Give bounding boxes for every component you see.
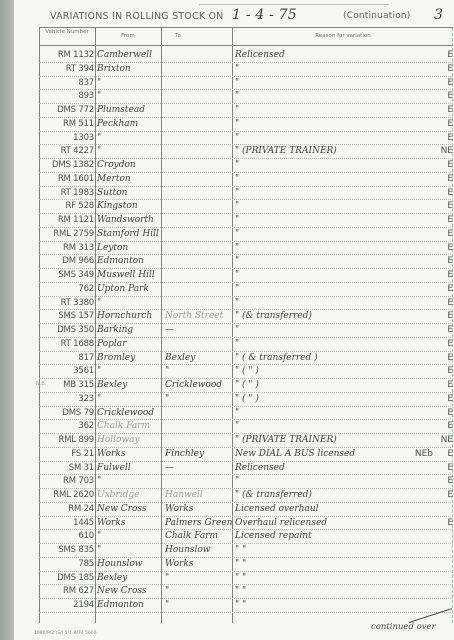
from-garage: Muswell Hill: [97, 268, 161, 282]
reason-for-variation: ": [235, 254, 435, 268]
table-row: 1445WorksPalmers GreenOverhaul relicense…: [39, 516, 453, 531]
vehicle-number: RML 2620: [39, 488, 94, 502]
reason-for-variation: Licensed repaint: [235, 529, 435, 543]
reason-for-variation: " ( & transferred ): [235, 351, 435, 365]
table-row: DM 966Edmonton"E: [39, 254, 453, 269]
status-code: [437, 543, 453, 557]
to-garage: [165, 337, 231, 351]
status-code: E: [437, 474, 453, 488]
reason-for-variation: ": [235, 131, 435, 145]
to-garage: [165, 268, 231, 282]
status-code: [437, 502, 453, 516]
table-row: SMS 157HornchurchNorth Street" (& transf…: [39, 309, 453, 324]
to-garage: [165, 419, 231, 433]
from-garage: Holloway: [97, 433, 161, 447]
reason-for-variation: " ( " ): [235, 392, 435, 406]
reason-for-variation: Licensed overhaul: [235, 502, 435, 516]
vehicle-number: SM 31: [39, 461, 94, 475]
from-garage: Plumstead: [97, 103, 161, 117]
table-row: SMS 835"Hounslow" ": [39, 543, 453, 558]
vehicle-number: SMS 157: [39, 309, 94, 323]
table-row: RT 4227"" (PRIVATE TRAINER)NE: [39, 144, 453, 159]
table-row: 323""" ( " )E: [39, 392, 453, 407]
table-row: MB 315BexleyCricklewood" ( " )E: [39, 378, 453, 393]
vehicle-number: RML 2759: [39, 227, 94, 241]
status-code: E: [437, 296, 453, 310]
reason-for-variation: Overhaul relicensed: [235, 516, 435, 530]
to-garage: [165, 89, 231, 103]
vehicle-number: SMS 349: [39, 268, 94, 282]
from-garage: ": [97, 131, 161, 145]
vehicle-number: DMS 185: [39, 571, 94, 585]
reason-for-variation: ": [235, 241, 435, 255]
from-garage: Works: [97, 516, 161, 530]
to-garage: —: [165, 461, 231, 475]
from-garage: ": [97, 529, 161, 543]
vehicle-number: 785: [39, 557, 94, 571]
vehicle-number: DMS 772: [39, 103, 94, 117]
heading-title: VARIATIONS IN ROLLING STOCK ON: [50, 11, 223, 22]
status-code: E: [437, 48, 453, 62]
table-row: DMS 185Bexley"" ": [39, 571, 453, 586]
vehicle-number: RM 313: [39, 241, 94, 255]
reason-for-variation: " (PRIVATE TRAINER): [235, 433, 435, 447]
reason-for-variation: " (PRIVATE TRAINER): [235, 144, 435, 158]
status-code: E: [437, 516, 453, 530]
table-row: 362Chalk Farm"E: [39, 419, 453, 434]
reason-for-variation: ": [235, 419, 435, 433]
to-garage: ": [165, 392, 231, 406]
document-sheet: VARIATIONS IN ROLLING STOCK ON 1 - 4 - 7…: [14, 0, 454, 640]
to-garage: Bexley: [165, 351, 231, 365]
table-row: RF 528Kingston"E: [39, 199, 453, 214]
vehicle-number: RF 528: [39, 199, 94, 213]
to-garage: [165, 296, 231, 310]
status-code: E: [437, 227, 453, 241]
vehicle-number: MB 315: [39, 378, 94, 392]
status-code-secondary: NEb: [411, 447, 433, 461]
from-garage: ": [97, 543, 161, 557]
status-code: E: [437, 186, 453, 200]
from-garage: Edmonton: [97, 598, 161, 612]
heading-continuation: (Continuation): [343, 11, 411, 21]
reason-for-variation: " ": [235, 557, 435, 571]
from-garage: Leyton: [97, 241, 161, 255]
status-code: NE: [437, 144, 453, 158]
table-row: RT 1983Sutton"E: [39, 186, 453, 201]
from-garage: Edmonton: [97, 254, 161, 268]
reason-for-variation: Relicensed: [235, 461, 435, 475]
vehicle-number: DMS 79: [39, 406, 94, 420]
to-garage: [165, 282, 231, 296]
status-code: NE: [437, 433, 453, 447]
status-code: E: [437, 392, 453, 406]
status-code: E: [437, 76, 453, 90]
reason-for-variation: ": [235, 158, 435, 172]
to-garage: [165, 474, 231, 488]
to-garage: Cricklewood: [165, 378, 231, 392]
from-garage: Brixton: [97, 62, 161, 76]
from-garage: Merton: [97, 172, 161, 186]
vehicle-number: RML 899: [39, 433, 94, 447]
table-header: Vehicle Number From To Reason for variat…: [39, 28, 453, 46]
table-row: RT 1688Poplar"E: [39, 337, 453, 352]
status-code: E: [437, 447, 453, 461]
vehicle-number: FS 21: [39, 447, 94, 461]
from-garage: ": [97, 392, 161, 406]
reason-for-variation: ": [235, 62, 435, 76]
reason-for-variation: " ": [235, 598, 435, 612]
status-code: E: [437, 103, 453, 117]
to-garage: Chalk Farm: [165, 529, 231, 543]
table-row: RML 2759Stamford Hill"E: [39, 227, 453, 242]
table-row: RT 3380""E: [39, 296, 453, 311]
vehicle-number: RM 627: [39, 584, 94, 598]
status-code: E: [437, 199, 453, 213]
vehicle-number: 2194: [39, 598, 94, 612]
table-row: FS 21WorksFinchleyNew DIAL A BUS license…: [39, 447, 453, 462]
reason-for-variation: ": [235, 199, 435, 213]
to-garage: [165, 103, 231, 117]
from-garage: Cricklewood: [97, 406, 161, 420]
status-code: E: [437, 419, 453, 433]
status-code: [437, 571, 453, 585]
reason-for-variation: ": [235, 474, 435, 488]
vehicle-number: DM 966: [39, 254, 94, 268]
table-row: RM 313Leyton"E: [39, 241, 453, 256]
vehicle-number: 1303: [39, 131, 94, 145]
status-code: E: [437, 309, 453, 323]
status-code: E: [437, 378, 453, 392]
from-garage: Hornchurch: [97, 309, 161, 323]
from-garage: New Cross: [97, 502, 161, 516]
vehicle-number: 817: [39, 351, 94, 365]
from-garage: Sutton: [97, 186, 161, 200]
vehicle-number: RT 4227: [39, 144, 94, 158]
reason-for-variation: ": [235, 186, 435, 200]
table-row: RM 511Peckham"E: [39, 117, 453, 132]
status-code: E: [437, 268, 453, 282]
table-row: RM 1132CamberwellRelicensedE: [39, 48, 453, 63]
from-garage: ": [97, 296, 161, 310]
to-garage: Works: [165, 502, 231, 516]
vehicle-number: RT 394: [39, 62, 94, 76]
table-row: DMS 350Barking—"E: [39, 323, 453, 338]
heading-date: 1 - 4 - 75: [232, 7, 297, 23]
to-garage: ": [165, 584, 231, 598]
from-garage: Barking: [97, 323, 161, 337]
vehicle-number: 1445: [39, 516, 94, 530]
vehicle-number: 893: [39, 89, 94, 103]
header-vehicle: Vehicle Number: [41, 29, 93, 35]
from-garage: Bromley: [97, 351, 161, 365]
from-garage: Bexley: [97, 571, 161, 585]
to-garage: —: [165, 323, 231, 337]
table-row: SMS 349Muswell Hill"E: [39, 268, 453, 283]
to-garage: [165, 117, 231, 131]
vehicle-number: RM 1121: [39, 213, 94, 227]
to-garage: Works: [165, 557, 231, 571]
reason-for-variation: ": [235, 172, 435, 186]
from-garage: Wandsworth: [97, 213, 161, 227]
from-garage: Hounslow: [97, 557, 161, 571]
to-garage: [165, 213, 231, 227]
status-code: E: [437, 461, 453, 475]
to-garage: [165, 62, 231, 76]
from-garage: Kingston: [97, 199, 161, 213]
from-garage: Chalk Farm: [97, 419, 161, 433]
reason-for-variation: " (& transferred): [235, 309, 435, 323]
table-row: RML 899Holloway" (PRIVATE TRAINER)NE: [39, 433, 453, 448]
reason-for-variation: ": [235, 337, 435, 351]
reason-for-variation: ": [235, 76, 435, 90]
to-garage: [165, 199, 231, 213]
status-code: E: [437, 337, 453, 351]
reason-for-variation: " ( " ): [235, 364, 435, 378]
to-garage: ": [165, 571, 231, 585]
vehicle-number: RT 1688: [39, 337, 94, 351]
to-garage: Finchley: [165, 447, 231, 461]
status-code: E: [437, 406, 453, 420]
header-from: From: [97, 33, 159, 39]
reason-for-variation: " ": [235, 571, 435, 585]
reason-for-variation: " ( " ): [235, 378, 435, 392]
from-garage: ": [97, 364, 161, 378]
from-garage: Bexley: [97, 378, 161, 392]
to-garage: [165, 406, 231, 420]
margin-note: N.B.: [36, 381, 46, 387]
reason-for-variation: " (& transferred): [235, 488, 435, 502]
status-code: E: [437, 131, 453, 145]
reason-for-variation: " ": [235, 584, 435, 598]
status-code: E: [437, 89, 453, 103]
vehicle-number: RM 24: [39, 502, 94, 516]
vehicle-number: 3561: [39, 364, 94, 378]
reason-for-variation: ": [235, 406, 435, 420]
to-garage: [165, 144, 231, 158]
table-row: DMS 772Plumstead"E: [39, 103, 453, 118]
from-garage: Fulwell: [97, 461, 161, 475]
vehicle-number: 610: [39, 529, 94, 543]
vehicle-number: 762: [39, 282, 94, 296]
vehicle-number: RM 1601: [39, 172, 94, 186]
status-code: [437, 529, 453, 543]
document-heading: VARIATIONS IN ROLLING STOCK ON 1 - 4 - 7…: [14, 9, 454, 25]
reason-for-variation: ": [235, 103, 435, 117]
table-row: RML 2620UxbridgeHanwell" (& transferred)…: [39, 488, 453, 503]
status-code: E: [437, 213, 453, 227]
print-code: 1086/P/2 (S/) 5/1 8/74 5000: [34, 631, 96, 636]
from-garage: Uxbridge: [97, 488, 161, 502]
status-code: E: [437, 241, 453, 255]
from-garage: Works: [97, 447, 161, 461]
reason-for-variation: Relicensed: [235, 48, 435, 62]
header-to: To: [163, 33, 193, 39]
to-garage: Palmers Green: [165, 516, 231, 530]
status-code: E: [437, 158, 453, 172]
vehicle-number: DMS 1382: [39, 158, 94, 172]
reason-for-variation: ": [235, 227, 435, 241]
table-row: RM 1601Merton"E: [39, 172, 453, 187]
to-garage: [165, 48, 231, 62]
to-garage: ": [165, 598, 231, 612]
status-code: E: [437, 282, 453, 296]
status-code: E: [437, 364, 453, 378]
table-row: 3561""" ( " )E: [39, 364, 453, 379]
from-garage: Poplar: [97, 337, 161, 351]
reason-for-variation: ": [235, 296, 435, 310]
status-code: E: [437, 323, 453, 337]
status-code: [437, 584, 453, 598]
table-row: 817BromleyBexley" ( & transferred )E: [39, 351, 453, 366]
from-garage: ": [97, 89, 161, 103]
reason-for-variation: ": [235, 117, 435, 131]
from-garage: New Cross: [97, 584, 161, 598]
to-garage: [165, 227, 231, 241]
table-row: 2194Edmonton"" ": [39, 598, 453, 613]
table-row: RM 1121Wandsworth"E: [39, 213, 453, 228]
table-row: 785HounslowWorks" ": [39, 557, 453, 572]
to-garage: Hounslow: [165, 543, 231, 557]
vehicle-number: DMS 350: [39, 323, 94, 337]
table-row: 1303""E: [39, 131, 453, 146]
vehicle-number: RM 703: [39, 474, 94, 488]
status-code: E: [437, 488, 453, 502]
table-row: SM 31Fulwell—RelicensedE: [39, 461, 453, 476]
from-garage: ": [97, 144, 161, 158]
to-garage: [165, 433, 231, 447]
reason-for-variation: ": [235, 323, 435, 337]
status-code: E: [437, 117, 453, 131]
header-reason: Reason for variation: [234, 33, 452, 39]
from-garage: Camberwell: [97, 48, 161, 62]
reason-for-variation: ": [235, 89, 435, 103]
reason-for-variation: New DIAL A BUS licensed: [235, 447, 435, 461]
rolling-stock-table: Vehicle Number From To Reason for variat…: [39, 27, 453, 623]
from-garage: ": [97, 76, 161, 90]
to-garage: [165, 254, 231, 268]
reason-for-variation: " ": [235, 543, 435, 557]
to-garage: [165, 76, 231, 90]
vehicle-number: RM 1132: [39, 48, 94, 62]
status-code: E: [437, 351, 453, 365]
reason-for-variation: ": [235, 268, 435, 282]
to-garage: [165, 172, 231, 186]
table-row: 610"Chalk FarmLicensed repaint: [39, 529, 453, 544]
vehicle-number: RT 3380: [39, 296, 94, 310]
table-row: RM 703""E: [39, 474, 453, 489]
vehicle-number: 323: [39, 392, 94, 406]
from-garage: Upton Park: [97, 282, 161, 296]
reason-for-variation: ": [235, 282, 435, 296]
to-garage: Hanwell: [165, 488, 231, 502]
vehicle-number: SMS 835: [39, 543, 94, 557]
from-garage: ": [97, 474, 161, 488]
status-code: E: [437, 254, 453, 268]
vehicle-number: 362: [39, 419, 94, 433]
from-garage: Peckham: [97, 117, 161, 131]
table-row: 893""E: [39, 89, 453, 104]
table-row: RM 627New Cross"" ": [39, 584, 453, 599]
to-garage: North Street: [165, 309, 231, 323]
continued-over-note: continued over: [371, 622, 436, 632]
to-garage: [165, 158, 231, 172]
status-code: [437, 557, 453, 571]
page-number: 3: [434, 7, 443, 23]
to-garage: [165, 186, 231, 200]
table-row: RT 394Brixton"E: [39, 62, 453, 77]
vehicle-number: 837: [39, 76, 94, 90]
reason-for-variation: ": [235, 213, 435, 227]
vehicle-number: RT 1983: [39, 186, 94, 200]
table-row: DMS 79Cricklewood"E: [39, 406, 453, 421]
status-code: E: [437, 62, 453, 76]
to-garage: [165, 241, 231, 255]
to-garage: [165, 131, 231, 145]
to-garage: ": [165, 364, 231, 378]
from-garage: Stamford Hill: [97, 227, 161, 241]
vehicle-number: RM 511: [39, 117, 94, 131]
table-row: RM 24New CrossWorksLicensed overhaul: [39, 502, 453, 517]
table-row: DMS 1382Croydon"E: [39, 158, 453, 173]
status-code: E: [437, 172, 453, 186]
top-edge-scribble: [199, 0, 389, 5]
table-row: 762Upton Park"E: [39, 282, 453, 297]
from-garage: Croydon: [97, 158, 161, 172]
table-row: 837""E: [39, 76, 453, 91]
